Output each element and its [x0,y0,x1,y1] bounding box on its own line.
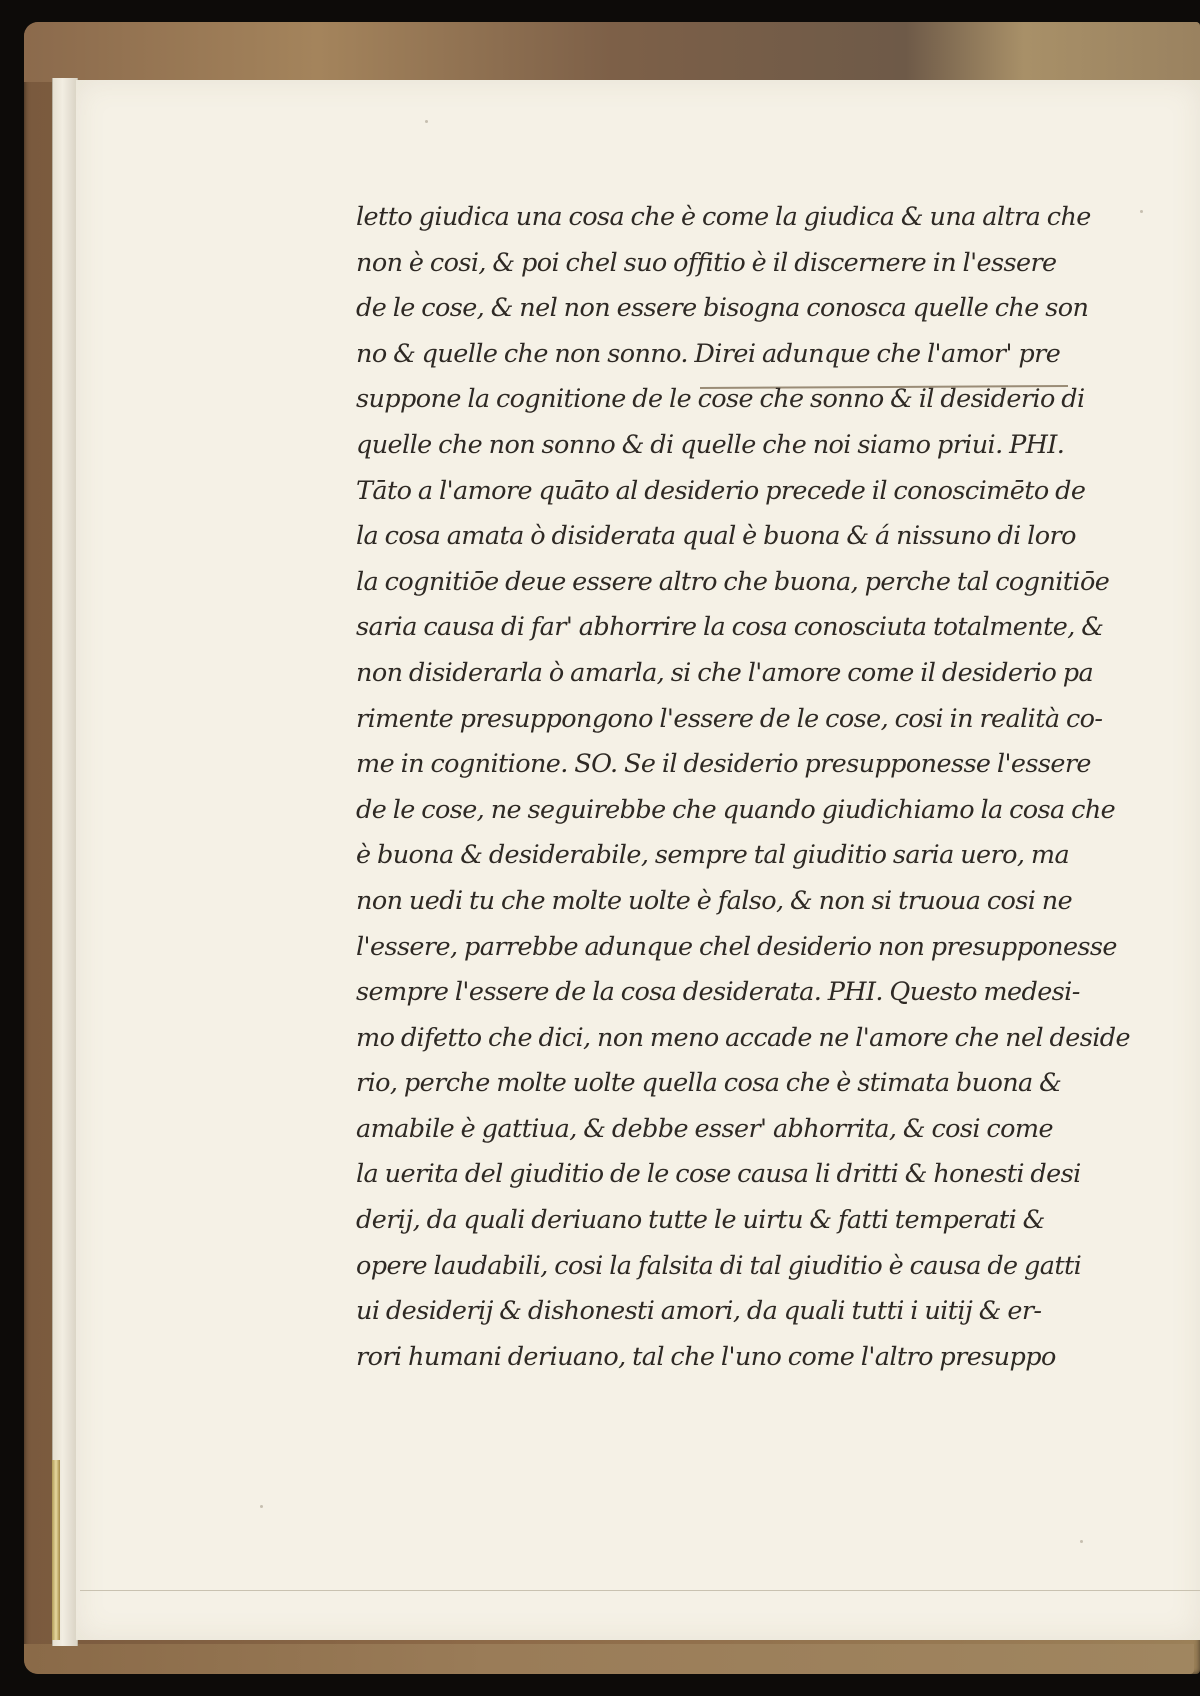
text-line: opere laudabili, cosi la falsita di tal … [356,1244,1006,1290]
text-line: mo difetto che dici, non meno accade ne … [356,1016,1006,1062]
text-line: l'essere, parrebbe adunque chel desideri… [356,925,1006,971]
text-line: la uerita del giuditio de le cose causa … [356,1152,1006,1198]
text-line: letto giudica una cosa che è come la giu… [356,195,1006,241]
text-line: de le cose, ne seguirebbe che quando giu… [356,788,1006,834]
paper-speck [1140,210,1143,213]
binding-top-edge [24,22,1200,82]
text-line: quelle che non sonno & di quelle che noi… [356,423,1006,469]
text-line: amabile è gattiua, & debbe esser' abhorr… [356,1107,1006,1153]
text-line: saria causa di far' abhorrire la cosa co… [356,605,1006,651]
text-line: suppone la cognitione de le cose che son… [356,377,1006,423]
text-line: derij, da quali deriuano tutte le uirtu … [356,1198,1006,1244]
page-stack-edge [52,78,78,1646]
gilt-edge-decoration [52,1460,60,1640]
text-line: me in cognitione. SO. Se il desiderio pr… [356,742,1006,788]
text-line: ui desiderij & dishonesti amori, da qual… [356,1289,1006,1335]
text-line: la cognitiōe deue essere altro che buona… [356,560,1006,606]
paper-speck [1080,1540,1083,1543]
text-line: rori humani deriuano, tal che l'uno come… [356,1335,1006,1381]
text-line: non uedi tu che molte uolte è falso, & n… [356,879,1006,925]
page-deckle-edge [80,1590,1200,1591]
paper-speck [260,1505,263,1508]
text-line: rimente presuppongono l'essere de le cos… [356,697,1006,743]
binding-bottom-edge [24,1644,1194,1674]
text-line: non disiderarla ò amarla, si che l'amore… [356,651,1006,697]
text-line: la cosa amata ò disiderata qual è buona … [356,514,1006,560]
text-line: è buona & desiderabile, sempre tal giudi… [356,833,1006,879]
printed-text-block: letto giudica una cosa che è come la giu… [356,195,1006,1380]
text-line: no & quelle che non sonno. Direi adunque… [356,332,1006,378]
text-line: Tāto a l'amore quāto al desiderio preced… [356,469,1006,515]
text-line: non è cosi, & poi chel suo offitio è il … [356,241,1006,287]
text-line: sempre l'essere de la cosa desiderata. P… [356,970,1006,1016]
text-line: de le cose, & nel non essere bisogna con… [356,286,1006,332]
text-line: rio, perche molte uolte quella cosa che … [356,1061,1006,1107]
paper-speck [425,120,428,123]
